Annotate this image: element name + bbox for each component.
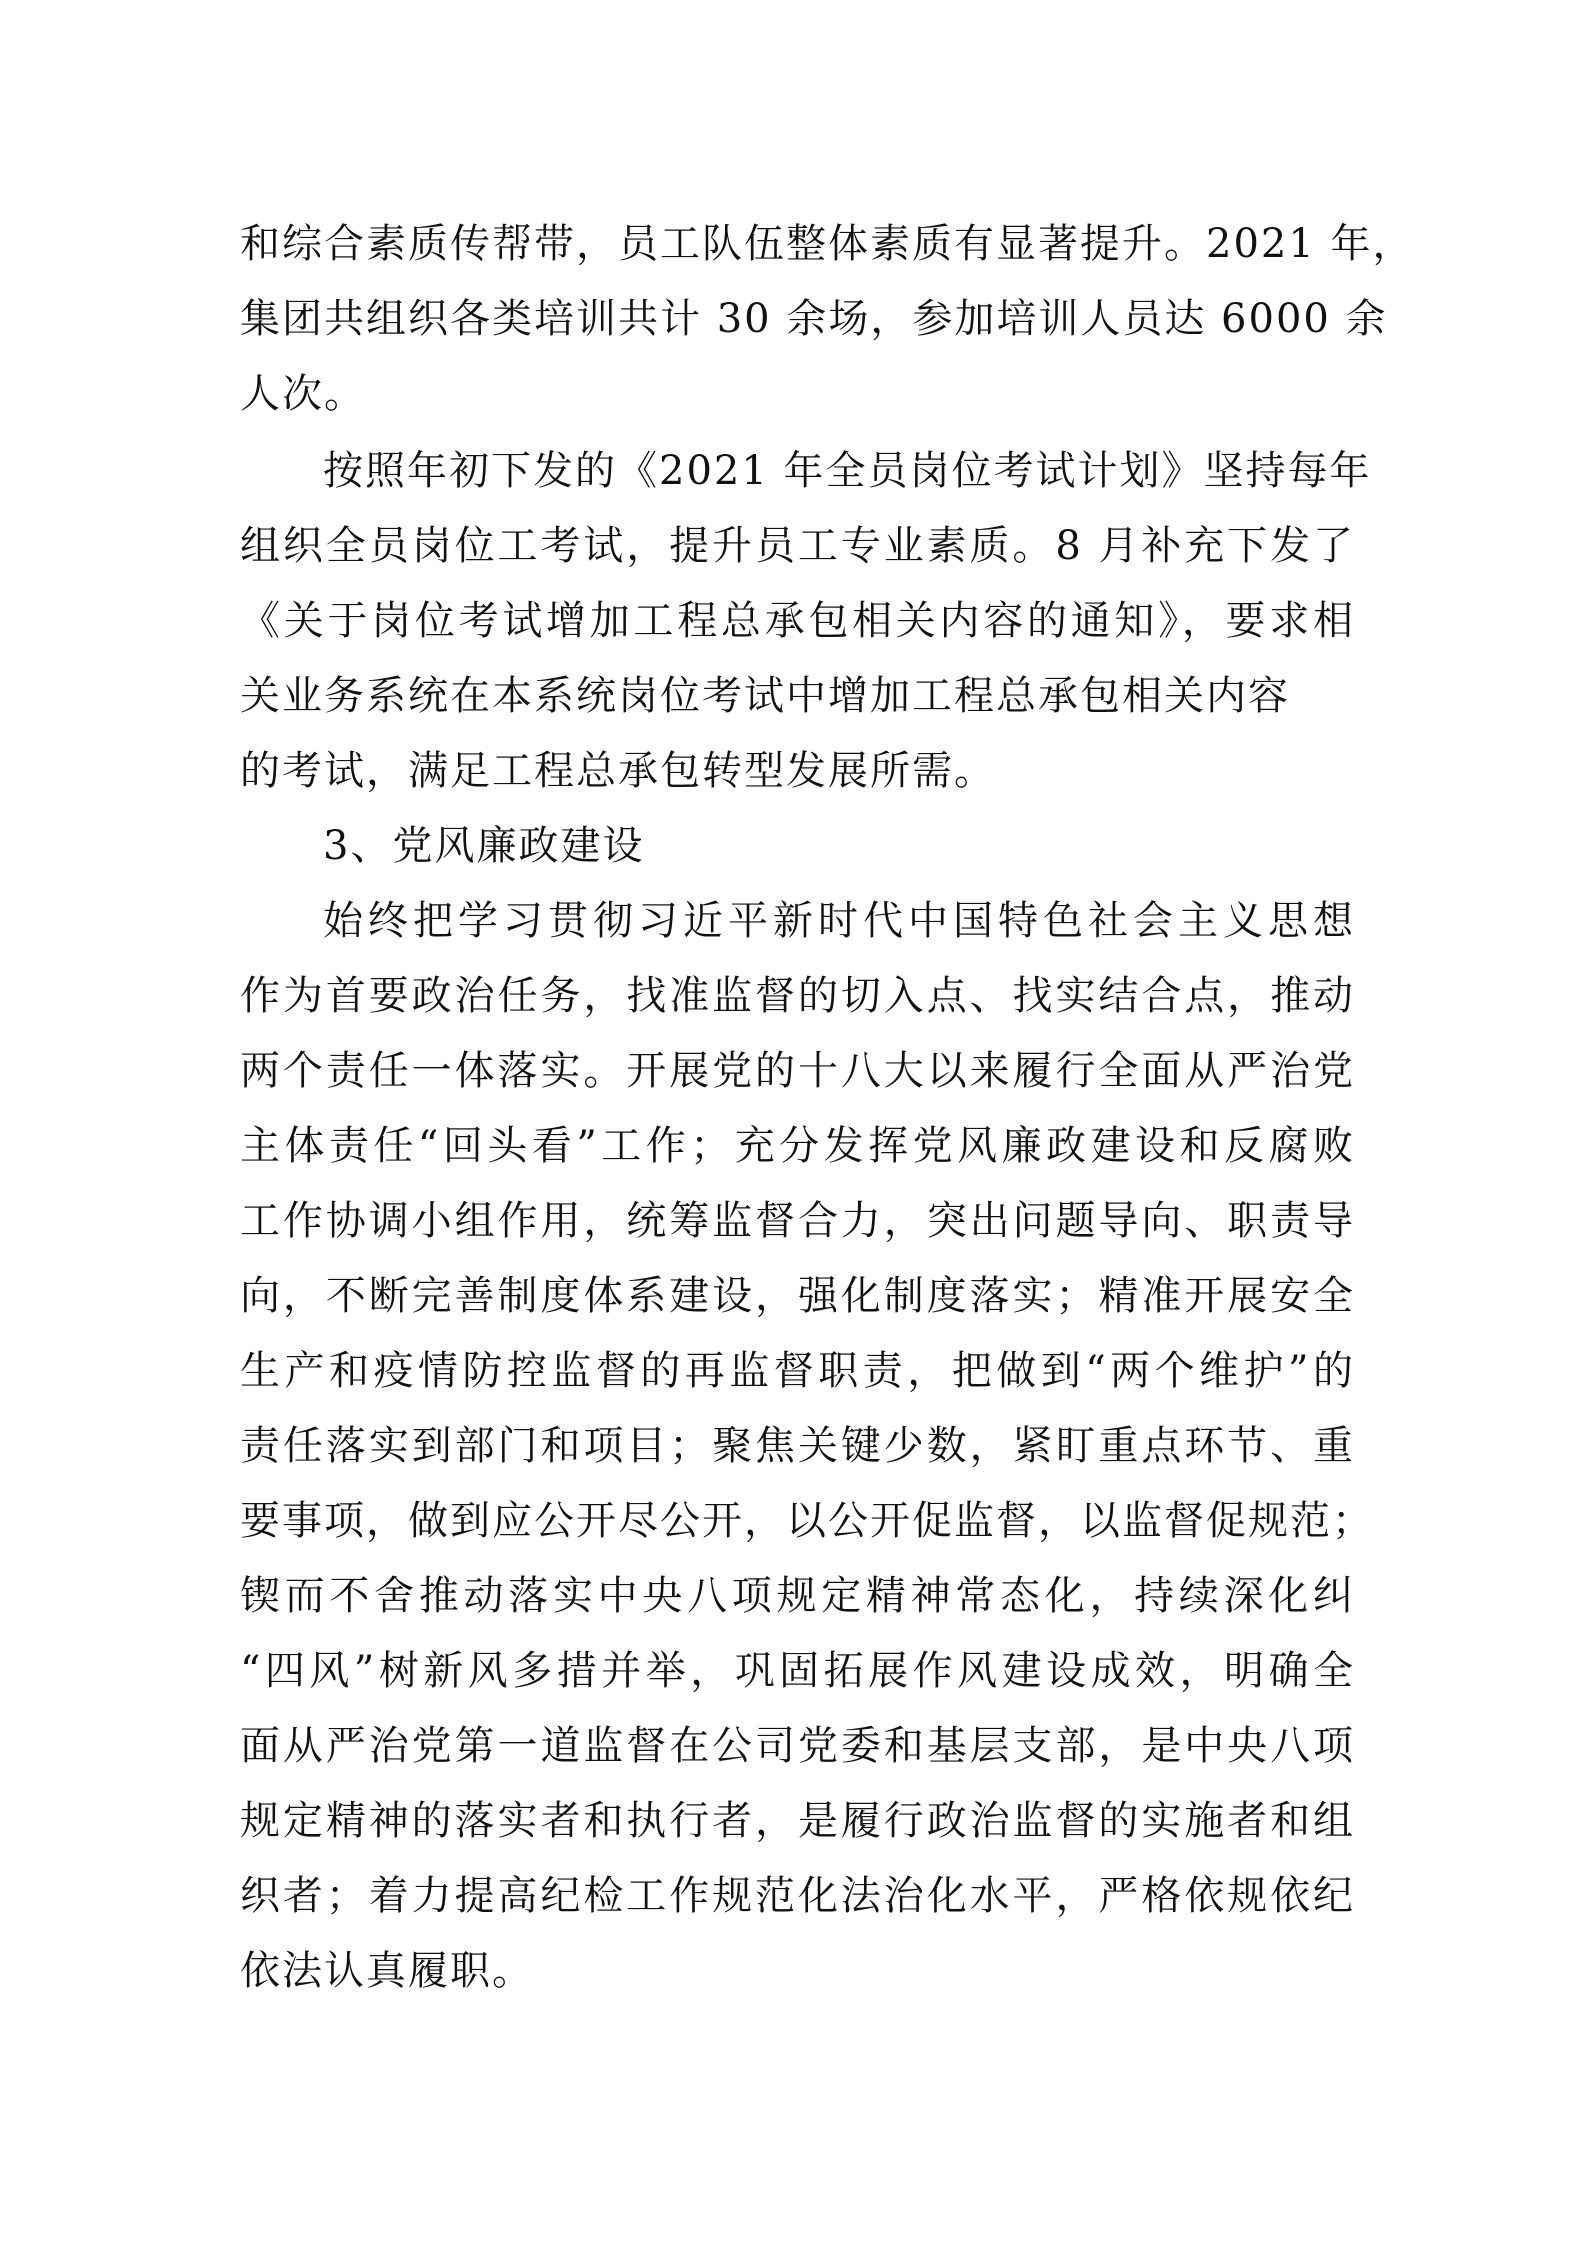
paragraph-line: 关业务系统在本系统岗位考试中增加工程总承包相关内容 (240, 672, 1355, 720)
paragraph-line: 向，不断完善制度体系建设，强化制度落实；精准开展安全 (240, 1272, 1355, 1320)
paragraph-line: 依法认真履职。 (240, 1947, 1355, 1995)
paragraph-line: 《关于岗位考试增加工程总承包相关内容的通知》，要求相 (240, 597, 1355, 645)
paragraph-line: 组织全员岗位工考试，提升员工专业素质。8 月补充下发了 (240, 522, 1355, 570)
document-page: 和综合素质传帮带，员工队伍整体素质有显著提升。2021 年， 集团共组织各类培训… (0, 0, 1587, 2245)
paragraph-line: 按照年初下发的《2021 年全员岗位考试计划》坚持每年 (323, 447, 1355, 495)
paragraph-line: 规定精神的落实者和执行者，是履行政治监督的实施者和组 (240, 1797, 1355, 1845)
paragraph-line: 工作协调小组作用，统筹监督合力，突出问题导向、职责导 (240, 1197, 1355, 1245)
paragraph-line: “四风”树新风多措并举，巩固拓展作风建设成效，明确全 (240, 1647, 1355, 1695)
section-heading: 3、党风廉政建设 (323, 822, 644, 870)
paragraph-line: 始终把学习贯彻习近平新时代中国特色社会主义思想 (323, 897, 1355, 945)
paragraph-line: 作为首要政治任务，找准监督的切入点、找实结合点，推动 (240, 972, 1355, 1020)
paragraph-line: 锲而不舍推动落实中央八项规定精神常态化，持续深化纠 (240, 1572, 1355, 1620)
paragraph-line: 生产和疫情防控监督的再监督职责，把做到“两个维护”的 (240, 1347, 1355, 1395)
paragraph-line: 主体责任“回头看”工作；充分发挥党风廉政建设和反腐败 (240, 1122, 1355, 1170)
paragraph-line: 两个责任一体落实。开展党的十八大以来履行全面从严治党 (240, 1047, 1355, 1095)
paragraph-line: 集团共组织各类培训共计 30 余场，参加培训人员达 6000 余 (240, 295, 1355, 343)
paragraph-line: 面从严治党第一道监督在公司党委和基层支部，是中央八项 (240, 1722, 1355, 1770)
paragraph-line: 责任落实到部门和项目；聚焦关键少数，紧盯重点环节、重 (240, 1422, 1355, 1470)
paragraph-line: 织者；着力提高纪检工作规范化法治化水平，严格依规依纪 (240, 1872, 1355, 1920)
paragraph-line: 人次。 (240, 370, 1355, 418)
paragraph-line: 和综合素质传帮带，员工队伍整体素质有显著提升。2021 年， (240, 220, 1355, 268)
paragraph-line: 要事项，做到应公开尽公开，以公开促监督，以监督促规范； (240, 1497, 1355, 1545)
paragraph-line: 的考试，满足工程总承包转型发展所需。 (240, 747, 1355, 795)
